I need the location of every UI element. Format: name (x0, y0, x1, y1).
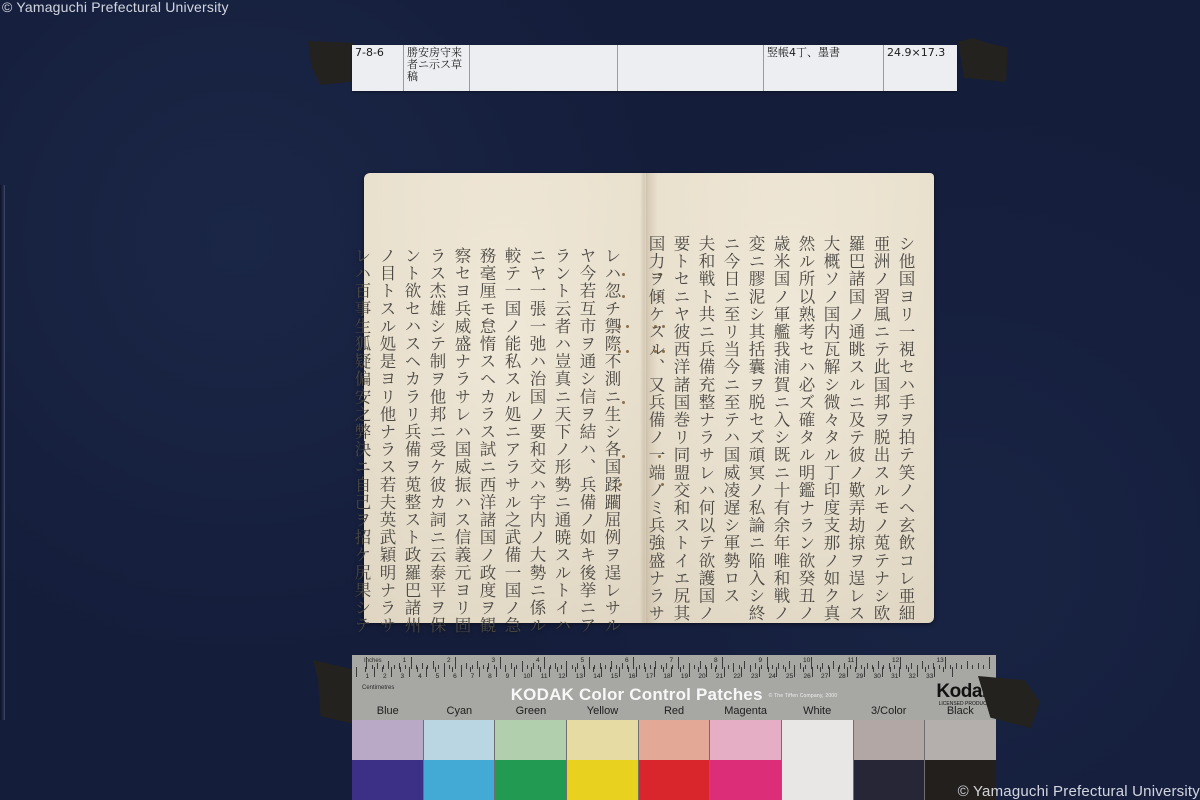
cm-tick-label: 24 (768, 673, 775, 680)
patch-swatch-bottom (639, 760, 710, 800)
ruler-tick (890, 667, 891, 672)
cm-tick-label: 15 (611, 673, 618, 680)
patch-green (495, 720, 567, 800)
ruler-tick (549, 667, 550, 677)
patch-swatch-bottom (495, 760, 566, 800)
cm-tick-label: 30 (874, 673, 881, 680)
ruler-tick (584, 667, 585, 677)
ruler-tick (855, 667, 856, 672)
inch-tick-label: 9 (759, 657, 763, 664)
patch-swatch-top (567, 720, 638, 760)
ruler-tick (619, 667, 620, 677)
text-line: ニ今日ニ至リ当今ニ至テハ国威凌遅シ軍勢ロス (718, 235, 743, 580)
tape-top-left (308, 41, 353, 85)
text-line: ノ目トスル処是ヨリ他ナラス若夫英武穎明ナラサ (374, 247, 399, 567)
text-line: ント欲セハスヘカラリ兵備ヲ莵整スト政羅巴諸州 (399, 247, 424, 567)
cm-tick-label: 28 (839, 673, 846, 680)
text-line: 較テ一国ノ能私スル処ニアラサル之武備一国ノ急 (499, 247, 524, 567)
patch-label-red: Red (638, 705, 710, 717)
ruler-tick (522, 667, 523, 672)
catalog-label: 7-8-6 勝安房守来者ニ示ス草稿 竪帳4丁、墨書 24.9×17.3 (352, 45, 957, 91)
ruler-tick (794, 667, 795, 677)
cm-tick-label: 3 (401, 673, 405, 680)
cm-tick-label: 18 (663, 673, 670, 680)
patch-swatch-bottom (710, 760, 781, 800)
ruler-tick (470, 667, 471, 672)
ruler-tick (873, 667, 874, 672)
ruler-tick (400, 667, 401, 672)
cm-tick-label: 1 (366, 673, 370, 680)
text-line: 夫和戦ト共ニ兵備充整ナラサレハ何以テ欲護国ノ (693, 235, 718, 580)
ruler-tick (557, 667, 558, 672)
text-line: ニヤ一張一弛ハ治国ノ要和交ハ宇内ノ大勢ニ係ル (524, 247, 549, 567)
text-line: 察セヨ兵威盛ナラサレハ国威振ハス信義元ヨリ固 (449, 247, 474, 567)
patch-swatch-top (782, 720, 853, 760)
ruler-tick (505, 667, 506, 672)
ruler-tick (768, 667, 769, 672)
manuscript-text-right: シ他国ヨリ一視セハ手ヲ拍テ笑ノヘ玄飲コレ亜細 亜洲ノ習風ニテ此国邦ヲ脱出スルモノ… (643, 235, 918, 580)
manuscript-text-left: レハ忽チ禦際不測ニ生シ各国蹂躙屈例ヲ逞レサル ヤ今若互市ヲ通シ信ヲ結ハ、兵備ノ如… (349, 247, 624, 567)
ruler-tick (435, 667, 436, 672)
cm-tick-label: 17 (646, 673, 653, 680)
ruler-tick (724, 667, 725, 677)
ruler-tick (864, 667, 865, 677)
color-patches (352, 720, 996, 800)
ruler-tick (479, 667, 480, 677)
ruler-tick (680, 667, 681, 672)
ruler-tick (917, 667, 918, 677)
patch-label-black: Black (925, 705, 997, 717)
inch-tick-label: 6 (625, 657, 629, 664)
cm-tick-label: 21 (716, 673, 723, 680)
ruler: Inches 12345678910111213 123456789101112… (352, 655, 996, 689)
cm-tick-label: 10 (523, 673, 530, 680)
ruler-tick (487, 667, 488, 672)
inch-tick-label: 13 (937, 657, 944, 664)
patch-labels: Blue Cyan Green Yellow Red Magenta White… (352, 705, 996, 717)
cm-tick-label: 27 (821, 673, 828, 680)
patch-swatch-bottom (352, 760, 423, 800)
patch-swatch-top (854, 720, 925, 760)
ruler-tick (654, 667, 655, 677)
text-line: 羅巴諸国ノ通眺スルニ及テ彼ノ歎弄劫掠ヲ逞レス (843, 235, 868, 580)
ruler-tick (382, 667, 383, 672)
patch-label-blue: Blue (352, 705, 424, 717)
ruler-tick (908, 667, 909, 672)
text-line: 亜洲ノ習風ニテ此国邦ヲ脱出スルモノ莵テナシ欧 (868, 235, 893, 580)
ruler-tick (593, 667, 594, 672)
ruler-tick (645, 667, 646, 672)
cm-tick-label: 32 (909, 673, 916, 680)
ruler-tick (689, 667, 690, 677)
patch-swatch-top (352, 720, 423, 760)
inch-tick-label: 5 (581, 657, 585, 664)
ruler-tick (943, 667, 944, 672)
ruler-tick (531, 667, 532, 677)
kodak-strip-title: KODAK Color Control Patches© The Tiffen … (352, 685, 996, 705)
patch-swatch-top (925, 720, 996, 760)
cm-tick-label: 14 (593, 673, 600, 680)
cm-tick-label: 13 (576, 673, 583, 680)
cm-tick-label: 6 (453, 673, 457, 680)
ruler-tick (636, 667, 637, 677)
text-line: 大概ソノ国内瓦解シ微々タル丁印度支那ノ如ク真 (818, 235, 843, 580)
inch-tick-label: 12 (892, 657, 899, 664)
ruler-tick (820, 667, 821, 672)
patch-swatch-bottom (782, 760, 853, 800)
catalog-title: 勝安房守来者ニ示ス草稿 (404, 45, 470, 91)
patch-label-white: White (781, 705, 853, 717)
cm-ticks: 1234567891011121314151617181920212223242… (352, 667, 996, 683)
text-line: シ他国ヨリ一視セハ手ヲ拍テ笑ノヘ玄飲コレ亜細 (893, 235, 918, 580)
text-line: ヤ今若互市ヲ通シ信ヲ結ハ、兵備ノ如キ後挙ニア (574, 247, 599, 567)
patch-swatch-top (710, 720, 781, 760)
patch-swatch-top (639, 720, 710, 760)
text-line: 要トセニヤ彼西洋諸国巻リ同盟交和ストイエ尻其 (668, 235, 693, 580)
ruler-tick (409, 667, 410, 677)
text-line: 変ニ膠泥シ其括囊ヲ脱セズ頑冥ノ私論ニ陥入シ終 (743, 235, 768, 580)
strip-copyright: © The Tiffen Company, 2000 (769, 693, 838, 699)
ruler-tick (838, 667, 839, 672)
text-line: レハ百事生狐疑偏安之弊決ニ自己ヲ招ケ尻果シテ (349, 247, 374, 567)
ruler-tick (741, 667, 742, 677)
cm-tick-label: 19 (681, 673, 688, 680)
ruler-tick (356, 667, 357, 677)
patch-magenta (710, 720, 782, 800)
ruler-tick (750, 667, 751, 672)
patch-label-magenta: Magenta (710, 705, 782, 717)
ruler-tick (365, 667, 366, 672)
cm-tick-label: 7 (471, 673, 475, 680)
patch-swatch-top (424, 720, 495, 760)
ruler-tick (829, 667, 830, 677)
ruler-tick (461, 667, 462, 677)
cm-tick-label: 12 (558, 673, 565, 680)
ruler-tick (706, 667, 707, 677)
ruler-tick (426, 667, 427, 677)
inch-tick-label: 11 (848, 657, 855, 664)
ruler-tick (374, 667, 375, 677)
patch-swatch-bottom (424, 760, 495, 800)
ruler-tick (452, 667, 453, 672)
ruler-tick (496, 667, 497, 677)
ruler-tick (952, 667, 953, 677)
ruler-tick (566, 667, 567, 677)
inch-tick-label: 10 (803, 657, 810, 664)
ruler-tick (671, 667, 672, 677)
cm-tick-label: 31 (891, 673, 898, 680)
cm-tick-label: 25 (786, 673, 793, 680)
patch-label-yellow: Yellow (567, 705, 639, 717)
cm-tick-label: 16 (628, 673, 635, 680)
inch-tick-label: 1 (403, 657, 407, 664)
text-line: ラス杰雄シテ制ヲ他邦ニ受ケ彼カ詞ニ云泰平ヲ保 (424, 247, 449, 567)
patch-label-3color: 3/Color (853, 705, 925, 717)
patch-swatch-bottom (854, 760, 925, 800)
ruler-tick (575, 667, 576, 672)
manuscript-right-page: シ他国ヨリ一視セハ手ヲ拍テ笑ノヘ玄飲コレ亜細 亜洲ノ習風ニテ此国邦ヲ脱出スルモノ… (648, 173, 934, 623)
catalog-empty-col-4 (618, 45, 764, 91)
ruler-tick (610, 667, 611, 672)
ruler-tick (803, 667, 804, 672)
copyright-watermark-top: © Yamaguchi Prefectural University (2, 0, 229, 15)
ruler-tick (776, 667, 777, 677)
ruler-tick (417, 667, 418, 672)
ruler-tick (715, 667, 716, 672)
ruler-tick (663, 667, 664, 672)
catalog-dimensions: 24.9×17.3 (884, 45, 957, 91)
patch-swatch-bottom (567, 760, 638, 800)
ruler-tick (514, 667, 515, 677)
cm-tick-label: 4 (418, 673, 422, 680)
tape-top-right (958, 38, 1008, 82)
text-line: 然ル所以熟考セハ必ズ確タル明鑑ナラン欲癸丑ノ (793, 235, 818, 580)
cm-tick-label: 29 (856, 673, 863, 680)
text-line: 国力ヲ傾ケスル、又兵備ノ一端ノミ兵強盛ナラサ (643, 235, 668, 580)
inch-tick-label: 7 (670, 657, 674, 664)
mounting-board-edge (0, 185, 5, 720)
patch-blue (352, 720, 424, 800)
ruler-tick (391, 667, 392, 677)
ruler-tick (698, 667, 699, 672)
inch-tick-label: 3 (492, 657, 496, 664)
text-line: レハ忽チ禦際不測ニ生シ各国蹂躙屈例ヲ逞レサル (599, 247, 624, 567)
cm-tick-label: 26 (804, 673, 811, 680)
cm-tick-label: 5 (436, 673, 440, 680)
patch-3color (854, 720, 926, 800)
ruler-tick (759, 667, 760, 677)
kodak-color-control-strip: Inches 12345678910111213 123456789101112… (352, 655, 996, 800)
cm-tick-label: 33 (926, 673, 933, 680)
copyright-watermark-bottom: © Yamaguchi Prefectural University (958, 783, 1200, 800)
patch-swatch-top (495, 720, 566, 760)
patch-red (639, 720, 711, 800)
patch-white (782, 720, 854, 800)
patch-label-green: Green (495, 705, 567, 717)
patch-label-cyan: Cyan (424, 705, 496, 717)
catalog-format: 竪帳4丁、墨書 (764, 45, 884, 91)
ruler-tick (733, 667, 734, 672)
ruler-tick (847, 667, 848, 677)
inch-tick-label: 2 (447, 657, 451, 664)
catalog-id: 7-8-6 (352, 45, 404, 91)
text-line: 務毫厘モ怠惰スヘカラス試ニ西洋諸国ノ政度ヲ観 (474, 247, 499, 567)
catalog-empty-col-3 (470, 45, 618, 91)
manuscript-left-page: レハ忽チ禦際不測ニ生シ各国蹂躙屈例ヲ逞レサル ヤ今若互市ヲ通シ信ヲ結ハ、兵備ノ如… (364, 173, 648, 623)
ruler-tick (601, 667, 602, 677)
cm-tick-label: 22 (733, 673, 740, 680)
ruler-tick (785, 667, 786, 672)
ruler-tick (925, 667, 926, 672)
ruler-tick (899, 667, 900, 677)
manuscript-spread: レハ忽チ禦際不測ニ生シ各国蹂躙屈例ヲ逞レサル ヤ今若互市ヲ通シ信ヲ結ハ、兵備ノ如… (364, 173, 934, 623)
cm-tick-label: 8 (488, 673, 492, 680)
patch-cyan (424, 720, 496, 800)
patch-yellow (567, 720, 639, 800)
text-line: 歳米国ノ軍艦我浦賀ニ入シ既ニ十有余年唯和戦ノ (768, 235, 793, 580)
ruler-tick (934, 667, 935, 677)
ruler-tick (540, 667, 541, 672)
cm-tick-label: 2 (383, 673, 387, 680)
cm-tick-label: 23 (751, 673, 758, 680)
ruler-tick (882, 667, 883, 677)
cm-tick-label: 11 (541, 673, 548, 680)
ruler-tick (628, 667, 629, 672)
ruler-tick (444, 667, 445, 677)
inch-tick-label: 8 (714, 657, 718, 664)
cm-tick-label: 9 (506, 673, 510, 680)
ruler-tick (812, 667, 813, 677)
cm-tick-label: 20 (698, 673, 705, 680)
strip-title-text: KODAK Color Control Patches (511, 685, 763, 704)
inch-tick-label: 4 (536, 657, 540, 664)
text-line: ラント云者ハ豈真ニ天下ノ形勢ニ通暁スルトイハ (549, 247, 574, 567)
